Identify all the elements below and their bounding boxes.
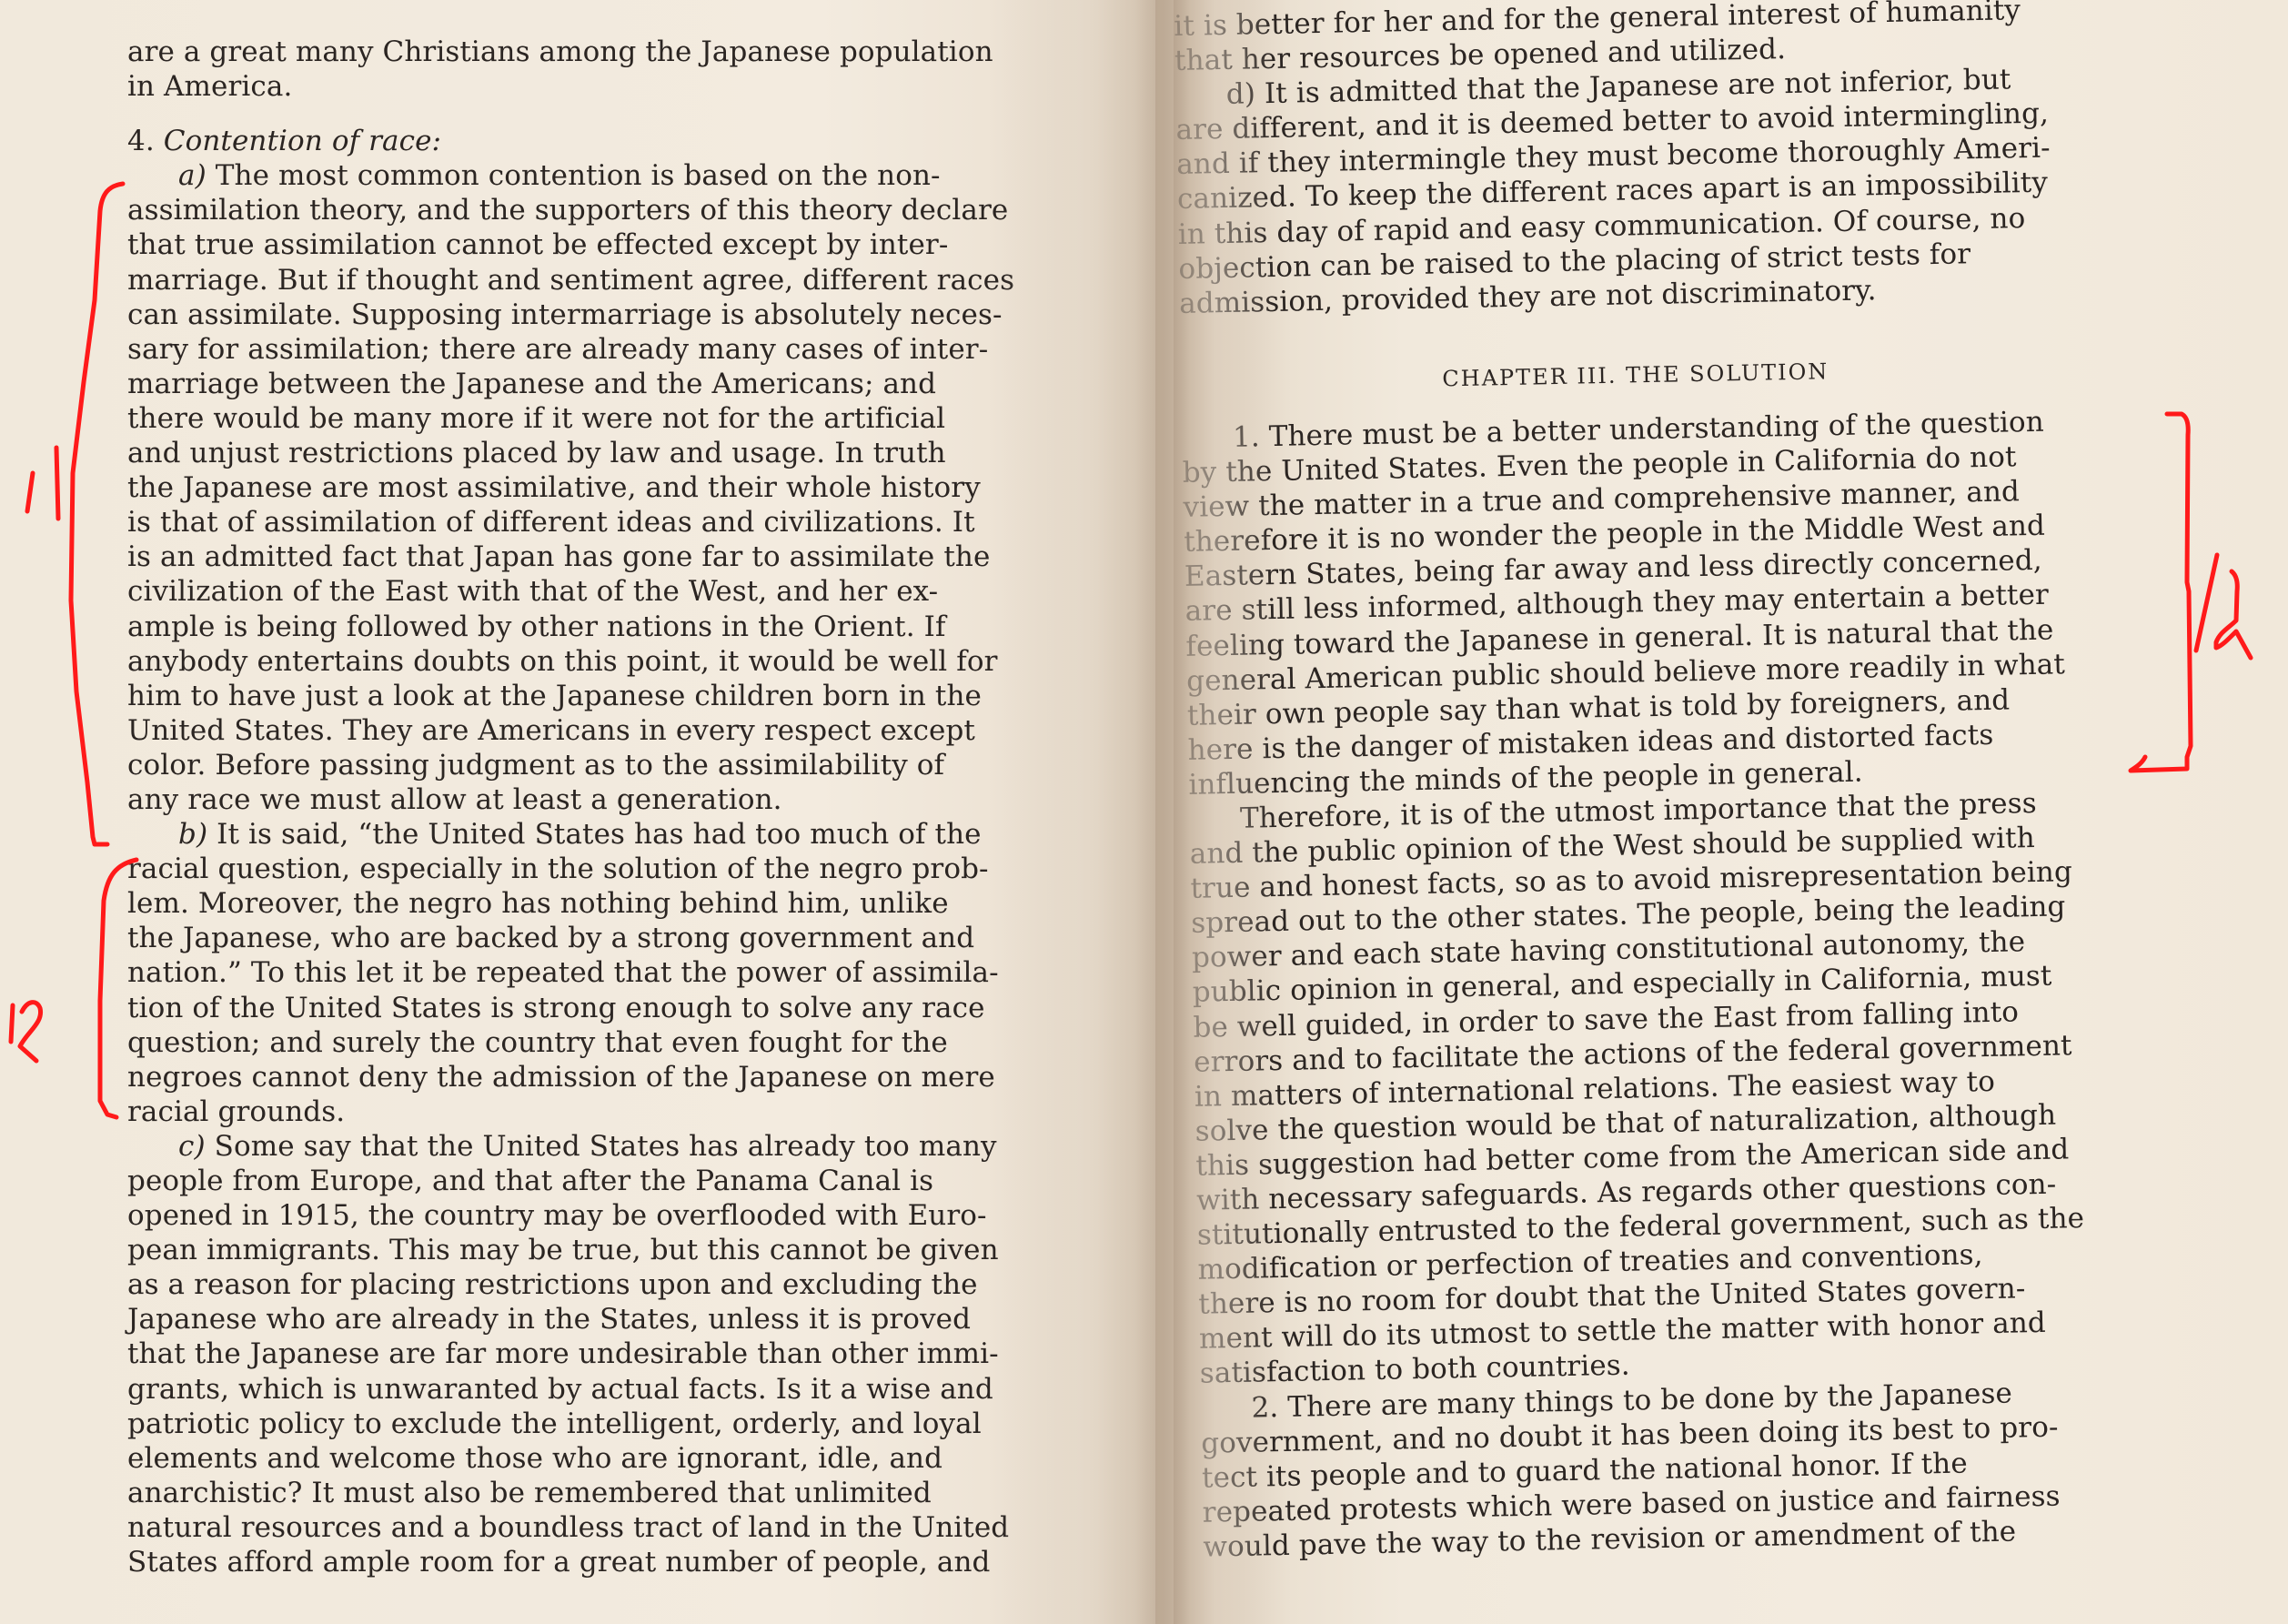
text-line: United States. They are Americans in eve…: [127, 713, 1110, 748]
text-line: is that of assimilation of different ide…: [127, 505, 1110, 540]
text-line: color. Before passing judgment as to the…: [127, 748, 1110, 782]
text-line: racial grounds.: [127, 1094, 1110, 1129]
text-line: and unjust restrictions placed by law an…: [127, 436, 1110, 470]
book-spread: are a great many Christians among the Ja…: [0, 0, 2288, 1624]
text-line: in America.: [127, 69, 1110, 104]
text-line: can assimilate. Supposing intermarriage …: [127, 298, 1110, 332]
text-line: patriotic policy to exclude the intellig…: [127, 1407, 1110, 1441]
text-line: tion of the United States is strong enou…: [127, 991, 1110, 1025]
text-line: there would be many more if it were not …: [127, 401, 1110, 436]
paragraph-a-start: a) The most common contention is based o…: [127, 158, 1110, 193]
text-line: anybody entertains doubts on this point,…: [127, 644, 1110, 679]
text-line: the Japanese, who are backed by a strong…: [127, 921, 1110, 955]
paragraph-b-start: b) It is said, “the United States has ha…: [127, 817, 1110, 852]
chapter-heading: CHAPTER III. THE SOLUTION: [1181, 349, 2091, 401]
text-line: grants, which is unwaranted by actual fa…: [127, 1372, 1110, 1407]
text-line: negroes cannot deny the admission of the…: [127, 1060, 1110, 1094]
paragraph-c-start: c) Some say that the United States has a…: [127, 1129, 1110, 1164]
text-line: question; and surely the country that ev…: [127, 1025, 1110, 1060]
text-line: marriage. But if thought and sentiment a…: [127, 263, 1110, 298]
text-line: are a great many Christians among the Ja…: [127, 35, 1110, 69]
text-line: the Japanese are most assimilative, and …: [127, 470, 1110, 505]
text-line: marriage between the Japanese and the Am…: [127, 367, 1110, 401]
text-line-rest: It is said, “the United States has had t…: [217, 818, 982, 851]
text-line-rest: The most common contention is based on t…: [216, 159, 941, 192]
text-line: opened in 1915, the country may be overf…: [127, 1198, 1110, 1233]
section-heading: 4. Contention of race:: [127, 124, 1110, 158]
text-line: sary for assimilation; there are already…: [127, 332, 1110, 367]
text-line: that true assimilation cannot be effecte…: [127, 227, 1110, 262]
text-line: assimilation theory, and the supporters …: [127, 193, 1110, 227]
text-line: is an admitted fact that Japan has gone …: [127, 540, 1110, 574]
text-line: natural resources and a boundless tract …: [127, 1510, 1110, 1545]
text-line: people from Europe, and that after the P…: [127, 1164, 1110, 1198]
text-line: anarchistic? It must also be remembered …: [127, 1476, 1110, 1510]
text-line: him to have just a look at the Japanese …: [127, 679, 1110, 713]
sub-label-a: a): [178, 159, 207, 192]
text-line: civilization of the East with that of th…: [127, 574, 1110, 609]
section-number: 4.: [127, 125, 155, 157]
text-line: Japanese who are already in the States, …: [127, 1302, 1110, 1337]
sub-label-b: b): [178, 818, 207, 851]
right-page-text: it is better for her and for the general…: [1174, 0, 2195, 1565]
text-line: pean immigrants. This may be true, but t…: [127, 1233, 1110, 1267]
section-title: Contention of race:: [164, 125, 441, 157]
text-line: as a reason for placing restrictions upo…: [127, 1267, 1110, 1302]
text-line: elements and welcome those who are ignor…: [127, 1441, 1110, 1476]
text-line: lem. Moreover, the negro has nothing beh…: [127, 886, 1110, 921]
left-page-text: are a great many Christians among the Ja…: [127, 35, 1110, 1579]
text-line: ample is being followed by other nations…: [127, 610, 1110, 644]
text-line: that the Japanese are far more undesirab…: [127, 1337, 1110, 1371]
text-line: racial question, especially in the solut…: [127, 852, 1110, 886]
text-line: States afford ample room for a great num…: [127, 1545, 1110, 1579]
text-line-rest: Some say that the United States has alre…: [215, 1130, 997, 1163]
text-line: nation.” To this let it be repeated that…: [127, 955, 1110, 990]
text-line: any race we must allow at least a genera…: [127, 782, 1110, 817]
sub-label-c: c): [178, 1130, 206, 1163]
